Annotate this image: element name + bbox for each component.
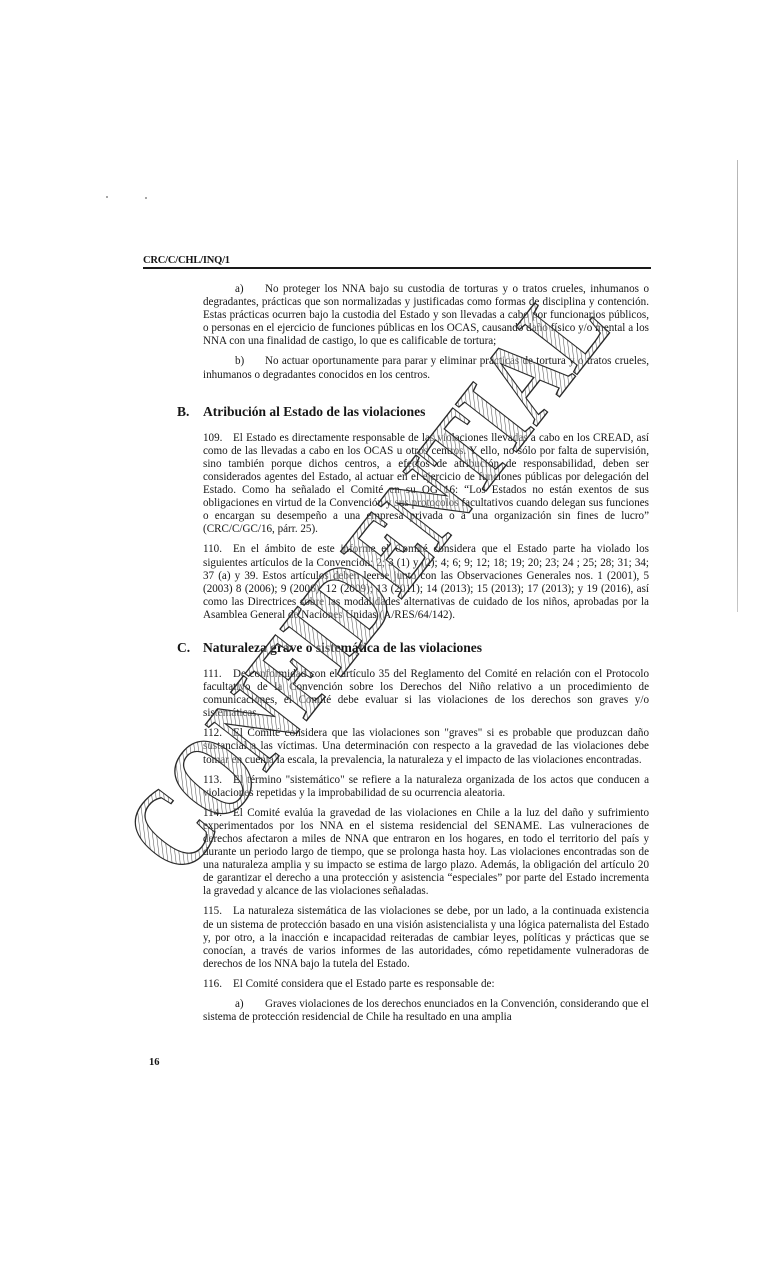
header-rule [143, 267, 651, 269]
paragraph-number: 113. [203, 774, 233, 787]
scan-speck [145, 197, 147, 199]
list-item: a)No proteger los NNA bajo su custodia d… [203, 283, 649, 348]
paragraph-text: El término "sistemático" se refiere a la… [203, 774, 649, 799]
paragraph-116: 116.El Comité considera que el Estado pa… [203, 978, 649, 991]
paragraph-text: De conformidad con el artículo 35 del Re… [203, 668, 649, 719]
scan-margin-line [737, 160, 738, 612]
paragraph-text: En el ámbito de este informe el Comité c… [203, 543, 649, 620]
paragraph-number: 112. [203, 727, 233, 740]
page-body: a)No proteger los NNA bajo su custodia d… [203, 283, 649, 1031]
list-item: a)Graves violaciones de los derechos enu… [203, 998, 649, 1024]
paragraph-text: El Estado es directamente responsable de… [203, 432, 649, 536]
section-heading-b: B. Atribución al Estado de las violacion… [203, 404, 649, 420]
paragraph-number: 114. [203, 807, 233, 820]
scan-speck [106, 196, 108, 198]
list-item-text: Graves violaciones de los derechos enunc… [203, 998, 649, 1023]
paragraph-number: 111. [203, 668, 233, 681]
paragraph-number: 115. [203, 905, 233, 918]
list-item: b)No actuar oportunamente para parar y e… [203, 355, 649, 381]
list-item-text: No actuar oportunamente para parar y eli… [203, 355, 649, 380]
page-number: 16 [149, 1057, 160, 1068]
paragraph-114: 114.El Comité evalúa la gravedad de las … [203, 807, 649, 899]
section-title: Atribución al Estado de las violaciones [203, 404, 425, 419]
paragraph-number: 109. [203, 432, 233, 445]
paragraph-text: El Comité evalúa la gravedad de las viol… [203, 807, 649, 898]
paragraph-text: La naturaleza sistemática de las violaci… [203, 905, 649, 969]
paragraph-115: 115.La naturaleza sistemática de las vio… [203, 905, 649, 970]
paragraph-109: 109.El Estado es directamente responsabl… [203, 432, 649, 537]
section-letter: C. [177, 640, 190, 656]
paragraph-number: 110. [203, 543, 233, 556]
list-item-label: b) [235, 355, 265, 368]
paragraph-112: 112.El Comité considera que las violacio… [203, 727, 649, 766]
paragraph-110: 110.En el ámbito de este informe el Comi… [203, 543, 649, 622]
list-item-label: a) [235, 283, 265, 296]
document-symbol: CRC/C/CHL/INQ/1 [143, 255, 230, 266]
paragraph-number: 116. [203, 978, 233, 991]
list-item-text: No proteger los NNA bajo su custodia de … [203, 283, 649, 347]
section-letter: B. [177, 404, 189, 420]
paragraph-text: El Comité considera que las violaciones … [203, 727, 649, 765]
paragraph-113: 113.El término "sistemático" se refiere … [203, 774, 649, 800]
section-title: Naturaleza grave o sistemática de las vi… [203, 640, 482, 655]
list-item-label: a) [235, 998, 265, 1011]
section-heading-c: C. Naturaleza grave o sistemática de las… [203, 640, 649, 656]
paragraph-111: 111.De conformidad con el artículo 35 de… [203, 668, 649, 720]
paragraph-text: El Comité considera que el Estado parte … [233, 978, 495, 990]
